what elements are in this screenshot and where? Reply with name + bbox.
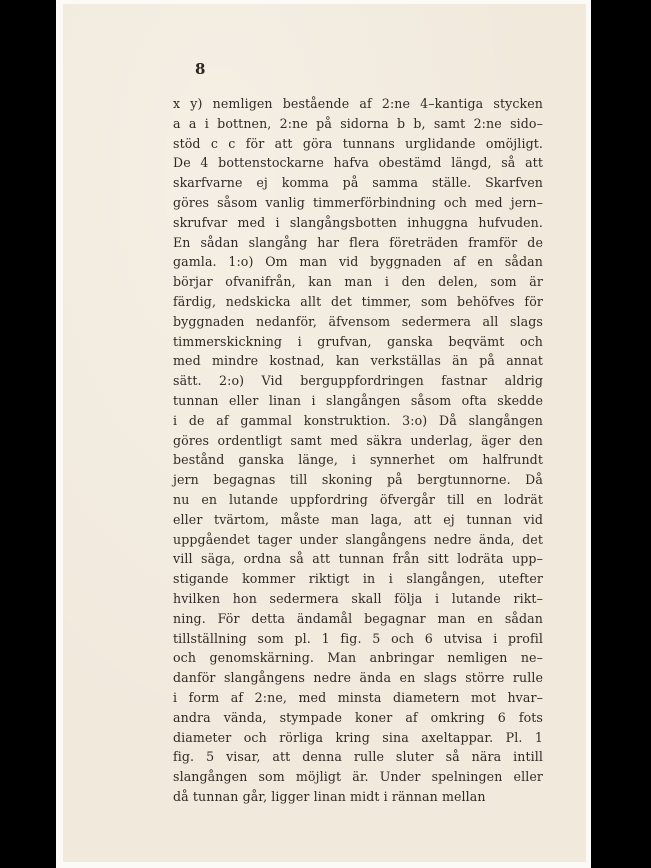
text-line: tunnan eller linan i slangången såsom of… xyxy=(173,391,543,411)
text-line: nu en lutande uppfordring öfvergår till … xyxy=(173,490,543,510)
text-line: i form af 2:ne, med minsta diametern mot… xyxy=(173,688,543,708)
text-line: diameter och rörliga kring sina axeltapp… xyxy=(173,728,543,748)
text-line: x y) nemligen bestående af 2:ne 4–kantig… xyxy=(173,94,543,114)
text-line: tillställning som pl. 1 fig. 5 och 6 utv… xyxy=(173,629,543,649)
text-line: i de af gammal konstruktion. 3:o) Då sla… xyxy=(173,411,543,431)
text-line: stigande kommer riktigt in i slangången,… xyxy=(173,569,543,589)
text-line: hvilken hon sedermera skall följa i luta… xyxy=(173,589,543,609)
text-line: bestånd ganska länge, i synnerhet om hal… xyxy=(173,450,543,470)
text-line: då tunnan går, ligger linan midt i ränna… xyxy=(173,787,543,807)
text-line: andra vända, stympade koner af omkring 6… xyxy=(173,708,543,728)
text-line: a a i bottnen, 2:ne på sidorna b b, samt… xyxy=(173,114,543,134)
text-line: En sådan slangång har flera företräden f… xyxy=(173,233,543,253)
text-line: fig. 5 visar, att denna rulle sluter så … xyxy=(173,747,543,767)
text-line: göres såsom vanlig timmerförbindning och… xyxy=(173,193,543,213)
text-line: skarfvarne ej komma på samma ställe. Ska… xyxy=(173,173,543,193)
text-line: gamla. 1:o) Om man vid byggnaden af en s… xyxy=(173,252,543,272)
text-line: jern begagnas till skoning på bergtunnor… xyxy=(173,470,543,490)
text-line: De 4 bottenstockarne hafva obestämd läng… xyxy=(173,153,543,173)
text-line: danför slangångens nedre ända en slags s… xyxy=(173,668,543,688)
page-number: 8 xyxy=(195,60,205,78)
text-line: stöd c c för att göra tunnans urglidande… xyxy=(173,134,543,154)
text-line: eller tvärtom, måste man laga, att ej tu… xyxy=(173,510,543,530)
text-line: med mindre kostnad, kan verkställas än p… xyxy=(173,351,543,371)
text-line: uppgåendet tager under slangångens nedre… xyxy=(173,530,543,550)
text-line: färdig, nedskicka allt det timmer, som b… xyxy=(173,292,543,312)
text-line: göres ordentligt samt med säkra underlag… xyxy=(173,431,543,451)
text-line: börjar ofvanifrån, kan man i den delen, … xyxy=(173,272,543,292)
text-line: slangången som möjligt är. Under spelnin… xyxy=(173,767,543,787)
text-line: vill säga, ordna så att tunnan från sitt… xyxy=(173,549,543,569)
text-line: och genomskärning. Man anbringar nemlige… xyxy=(173,648,543,668)
text-line: byggnaden nedanför, äfvensom sedermera a… xyxy=(173,312,543,332)
body-text: x y) nemligen bestående af 2:ne 4–kantig… xyxy=(173,94,543,807)
text-line: ning. För detta ändamål begagnar man en … xyxy=(173,609,543,629)
text-line: timmerskickning i grufvan, ganska beqväm… xyxy=(173,332,543,352)
text-line: skrufvar med i slangångsbotten inhuggna … xyxy=(173,213,543,233)
text-line: sätt. 2:o) Vid berguppfordringen fastnar… xyxy=(173,371,543,391)
